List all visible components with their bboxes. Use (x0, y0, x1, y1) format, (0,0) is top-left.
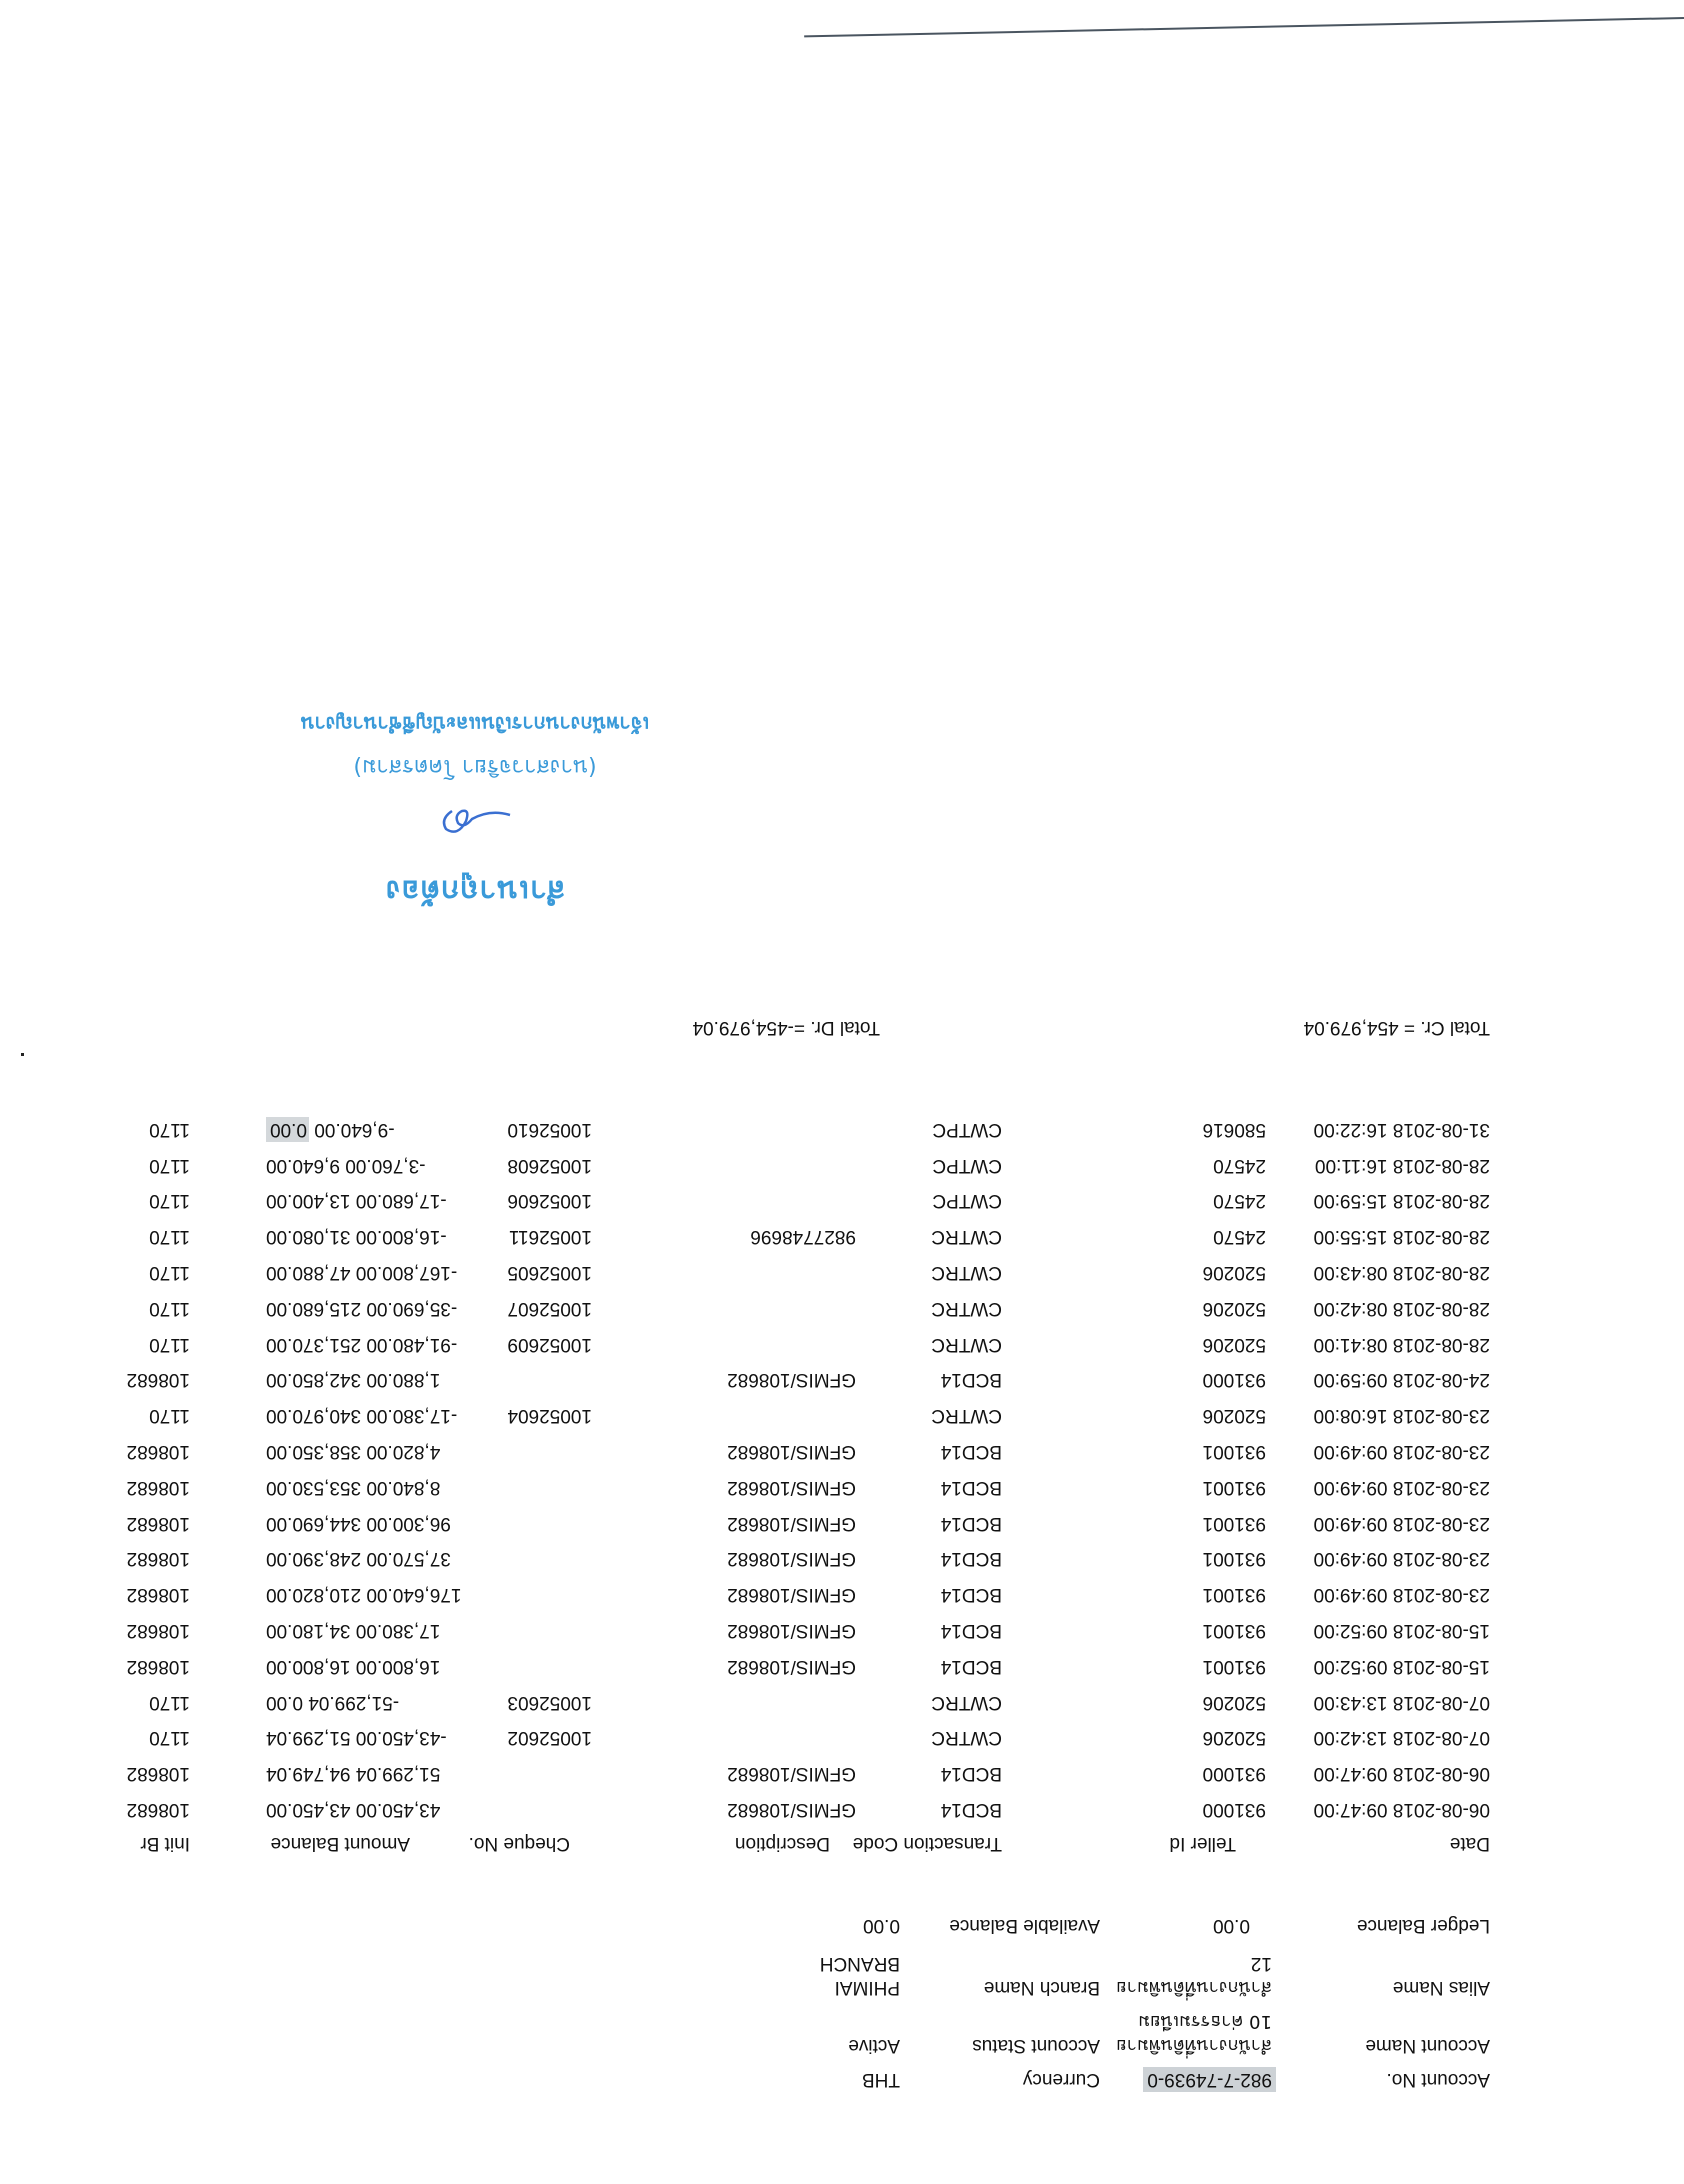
header-teller-id: Teller Id (1169, 1832, 1236, 1854)
account-status-label: Account Status (972, 2034, 1100, 2056)
cell-description: GFMIS/108682 (727, 1798, 856, 1820)
cell-cheque-no: 10052609 (507, 1333, 592, 1355)
cell-date: 06-08-2018 09:47:00 (1314, 1798, 1490, 1820)
cell-balance: 9,640.00 (266, 1155, 340, 1176)
cell-teller-id: 931001 (1203, 1655, 1266, 1677)
cell-balance: 248,390.00 (266, 1548, 361, 1569)
cell-balance: 16,800.00 (266, 1656, 351, 1677)
table-row: 28-08-2018 08:42:00520206CWTRC1005260711… (170, 1295, 1490, 1319)
cell-teller-id: 931000 (1203, 1762, 1266, 1784)
cell-balance: 210,820.00 (266, 1584, 361, 1605)
cell-transaction-code: BCD14 (941, 1512, 1002, 1534)
cell-balance: 358,350.00 (266, 1441, 361, 1462)
table-row: 06-08-2018 09:47:00931000BCD14GFMIS/1086… (170, 1760, 1490, 1784)
cell-description: GFMIS/108682 (727, 1547, 856, 1569)
cell-balance: 34,180.00 (266, 1620, 351, 1641)
cell-amount: 96,300.00 (366, 1513, 451, 1534)
cell-date: 23-08-2018 09:49:00 (1314, 1440, 1490, 1462)
cell-cheque-no: 10052602 (507, 1726, 592, 1748)
cell-amount: -51,299.04 (308, 1692, 399, 1713)
cell-balance: 43,450.00 (266, 1799, 351, 1820)
table-row: 23-08-2018 09:49:00931001BCD14GFMIS/1086… (170, 1510, 1490, 1534)
stamp-certified-text: สำเนาถูกต้อง (250, 867, 700, 914)
alias-name-value: สำนักงานที่ดินพิมาย (1116, 1976, 1272, 1998)
cell-amount: 1,880.00 (366, 1369, 440, 1390)
cell-amount-balance: 4,820.00 358,350.00 (266, 1440, 440, 1462)
account-name-label: Account Name (1365, 2034, 1490, 2056)
cell-date: 28-08-2018 15:55:00 (1314, 1225, 1490, 1247)
cell-teller-id: 520206 (1203, 1297, 1266, 1319)
cell-amount-balance: -9,640.00 0.00 (266, 1118, 395, 1140)
cell-init-br: 108682 (127, 1583, 190, 1605)
cell-cheque-no: 10052610 (507, 1118, 592, 1140)
cell-amount: 51,299.04 (356, 1763, 441, 1784)
cell-date: 23-08-2018 16:08:00 (1314, 1404, 1490, 1426)
cell-init-br: 108682 (127, 1619, 190, 1641)
cell-amount-balance: -167,800.00 47,880.00 (266, 1261, 457, 1283)
cell-teller-id: 24570 (1213, 1154, 1266, 1176)
cell-date: 15-08-2018 09:52:00 (1314, 1655, 1490, 1677)
cell-transaction-code: BCD14 (941, 1440, 1002, 1462)
cell-transaction-code: BCD14 (941, 1798, 1002, 1820)
cell-amount: -16,800.00 (356, 1226, 447, 1247)
cell-transaction-code: CWTRC (931, 1297, 1002, 1319)
cell-transaction-code: BCD14 (941, 1619, 1002, 1641)
cell-description: GFMIS/108682 (727, 1476, 856, 1498)
cell-amount-balance: -43,450.00 51,299.04 (266, 1726, 447, 1748)
cell-amount-balance: 8,840.00 353,530.00 (266, 1476, 440, 1498)
cell-description: GFMIS/108682 (727, 1619, 856, 1641)
cell-date: 28-08-2018 08:43:00 (1314, 1261, 1490, 1283)
cell-amount-balance: 43,450.00 43,450.00 (266, 1798, 440, 1820)
cell-teller-id: 931000 (1203, 1798, 1266, 1820)
cell-init-br: 1170 (149, 1225, 190, 1247)
cell-date: 31-08-2018 16:22:00 (1314, 1118, 1490, 1140)
cell-init-br: 1170 (149, 1297, 190, 1319)
cell-cheque-no: 10052607 (507, 1297, 592, 1319)
alias-name-label: Alias Name (1393, 1976, 1490, 1998)
cell-balance: 13,400.00 (266, 1190, 351, 1211)
cell-amount: 16,800.00 (356, 1656, 441, 1677)
table-row: 28-08-2018 15:55:0024570CWTRC98277486961… (170, 1223, 1490, 1247)
cell-balance: 251,370.00 (266, 1334, 361, 1355)
total-debit: Total Dr. =-454,979.04 (693, 1016, 881, 1038)
cell-init-br: 1170 (149, 1261, 190, 1283)
account-no-label: Account No. (1387, 2068, 1491, 2090)
table-row: 31-08-2018 16:22:00580616CWTPC1005261011… (170, 1116, 1490, 1140)
cell-amount-balance: 17,380.00 34,180.00 (266, 1619, 440, 1641)
cell-transaction-code: CWTPC (932, 1118, 1002, 1140)
cell-date: 07-08-2018 13:42:00 (1314, 1726, 1490, 1748)
cell-amount-balance: 16,800.00 16,800.00 (266, 1655, 440, 1677)
cell-balance: 215,680.00 (266, 1298, 361, 1319)
cell-amount: -43,450.00 (356, 1727, 447, 1748)
cell-teller-id: 931001 (1203, 1547, 1266, 1569)
cell-init-br: 108682 (127, 1476, 190, 1498)
cell-init-br: 1170 (149, 1726, 190, 1748)
cell-init-br: 1170 (149, 1404, 190, 1426)
table-row: 23-08-2018 16:08:00520206CWTRC1005260411… (170, 1402, 1490, 1426)
table-row: 24-08-2018 09:59:00931000BCD14GFMIS/1086… (170, 1366, 1490, 1390)
cell-teller-id: 520206 (1203, 1333, 1266, 1355)
cell-cheque-no: 10052611 (509, 1225, 592, 1247)
alias-name-value-line2: 12 (1251, 1952, 1272, 1974)
table-row: 07-08-2018 13:43:00520206CWTRC1005260311… (170, 1689, 1490, 1713)
cell-transaction-code: BCD14 (941, 1655, 1002, 1677)
table-row: 23-08-2018 09:49:00931001BCD14GFMIS/1086… (170, 1581, 1490, 1605)
table-row: 15-08-2018 09:52:00931001BCD14GFMIS/1086… (170, 1653, 1490, 1677)
cell-date: 23-08-2018 09:49:00 (1314, 1512, 1490, 1534)
cell-teller-id: 580616 (1203, 1118, 1266, 1140)
cell-date: 23-08-2018 09:49:00 (1314, 1476, 1490, 1498)
cell-date: 28-08-2018 16:11:00 (1315, 1154, 1490, 1176)
cell-transaction-code: CWTPC (932, 1154, 1002, 1176)
cell-init-br: 108682 (127, 1762, 190, 1784)
cell-transaction-code: CWTPC (932, 1189, 1002, 1211)
cell-amount-balance: -35,690.00 215,680.00 (266, 1297, 457, 1319)
cell-date: 28-08-2018 15:59:00 (1314, 1189, 1490, 1211)
cell-transaction-code: CWTRC (931, 1333, 1002, 1355)
certification-stamp: สำเนาถูกต้อง (นางสาวจริยา โคตรสาม) เจ้าพ… (250, 708, 700, 914)
cell-teller-id: 931001 (1203, 1512, 1266, 1534)
cell-transaction-code: CWTRC (931, 1691, 1002, 1713)
cell-amount-balance: 96,300.00 344,690.00 (266, 1512, 451, 1534)
header-init-br: Init Br (140, 1832, 190, 1854)
ledger-balance-label: Ledger Balance (1357, 1914, 1490, 1936)
cell-amount-balance: 1,880.00 342,850.00 (266, 1368, 440, 1390)
cell-init-br: 1170 (149, 1691, 190, 1713)
cell-amount: -17,380.00 (366, 1405, 457, 1426)
cell-date: 23-08-2018 09:49:00 (1314, 1583, 1490, 1605)
cell-init-br: 108682 (127, 1655, 190, 1677)
cell-teller-id: 520206 (1203, 1726, 1266, 1748)
cell-transaction-code: CWTRC (931, 1261, 1002, 1283)
available-balance-label: Available Balance (949, 1914, 1100, 1936)
cell-transaction-code: BCD14 (941, 1476, 1002, 1498)
cell-date: 15-08-2018 09:52:00 (1314, 1619, 1490, 1641)
table-row: 23-08-2018 09:49:00931001BCD14GFMIS/1086… (170, 1438, 1490, 1462)
cell-amount: 8,840.00 (366, 1477, 440, 1498)
cell-init-br: 1170 (149, 1154, 190, 1176)
branch-name-label: Branch Name (984, 1976, 1100, 1998)
cell-amount: 176,640.00 (366, 1584, 461, 1605)
stamp-position: เจ้าพนักงานการเงินและบัญชีชำนาญงาน (250, 708, 700, 740)
cell-teller-id: 24570 (1213, 1225, 1266, 1247)
cell-description: 9827748696 (750, 1225, 856, 1247)
cell-cheque-no: 10052605 (507, 1261, 592, 1283)
cell-description: GFMIS/108682 (727, 1368, 856, 1390)
table-row: 28-08-2018 08:41:00520206CWTRC1005260911… (170, 1331, 1490, 1355)
table-row: 15-08-2018 09:52:00931001BCD14GFMIS/1086… (170, 1617, 1490, 1641)
cell-amount: -9,640.00 (314, 1119, 394, 1140)
account-no-highlight: 982-7-74939-0 (1143, 2067, 1276, 2092)
cell-amount: 17,380.00 (356, 1620, 441, 1641)
cell-teller-id: 520206 (1203, 1261, 1266, 1283)
cell-amount: 4,820.00 (366, 1441, 440, 1462)
available-balance-value: 0.00 (863, 1914, 900, 1936)
cell-amount-balance: 51,299.04 94,749.04 (266, 1762, 440, 1784)
cell-date: 28-08-2018 08:41:00 (1314, 1333, 1490, 1355)
transactions-table-header: Date Teller Id Transaction Code Descript… (170, 1830, 1490, 1854)
cell-description: GFMIS/108682 (727, 1583, 856, 1605)
cell-transaction-code: CWTRC (931, 1404, 1002, 1426)
table-row: 23-08-2018 09:49:00931001BCD14GFMIS/1086… (170, 1545, 1490, 1569)
cell-amount: -91,480.00 (366, 1334, 457, 1355)
cell-balance: 344,690.00 (266, 1513, 361, 1534)
header-transaction-code: Transaction Code (853, 1832, 1002, 1854)
header-amount-balance: Amount Balance (271, 1832, 410, 1854)
scan-speck (21, 1053, 24, 1056)
cell-date: 24-08-2018 09:59:00 (1314, 1368, 1490, 1390)
cell-transaction-code: BCD14 (941, 1583, 1002, 1605)
cell-amount-balance: -91,480.00 251,370.00 (266, 1333, 457, 1355)
cell-teller-id: 520206 (1203, 1691, 1266, 1713)
cell-teller-id: 520206 (1203, 1404, 1266, 1426)
cell-cheque-no: 10052608 (507, 1154, 592, 1176)
table-row: 28-08-2018 16:11:0024570CWTPC10052608117… (170, 1152, 1490, 1176)
currency-label: Currency (1023, 2068, 1100, 2090)
cell-balance: 0.00 (266, 1117, 309, 1142)
cell-amount: -3,760.00 (345, 1155, 425, 1176)
cell-balance: 51,299.04 (266, 1727, 351, 1748)
cell-amount: -167,800.00 (356, 1262, 457, 1283)
header-date: Date (1450, 1832, 1490, 1854)
table-row: 28-08-2018 15:59:0024570CWTPC10052606117… (170, 1187, 1490, 1211)
cell-balance: 340,970.00 (266, 1405, 361, 1426)
cell-teller-id: 931000 (1203, 1368, 1266, 1390)
branch-name-value: PHIMAI (835, 1976, 900, 1998)
stamp-name: (นางสาวจริยา โคตรสาม) (250, 750, 700, 785)
cell-description: GFMIS/108682 (727, 1440, 856, 1462)
total-credit: Total Cr. = 454,979.04 (1304, 1016, 1490, 1038)
cell-cheque-no: 10052603 (507, 1691, 592, 1713)
cell-teller-id: 24570 (1213, 1189, 1266, 1211)
account-name-value: สำนักงานที่ดินพิมาย (1116, 2034, 1272, 2056)
cell-init-br: 108682 (127, 1368, 190, 1390)
cell-description: GFMIS/108682 (727, 1762, 856, 1784)
table-row: 07-08-2018 13:42:00520206CWTRC1005260211… (170, 1724, 1490, 1748)
cell-balance: 0.00 (266, 1692, 303, 1713)
signature-icon (430, 799, 520, 849)
cell-balance: 47,880.00 (266, 1262, 351, 1283)
cell-amount: 43,450.00 (356, 1799, 441, 1820)
scan-edge-line (804, 17, 1684, 37)
ledger-balance-value: 0.00 (1213, 1914, 1250, 1936)
cell-balance: 353,530.00 (266, 1477, 361, 1498)
table-row: 23-08-2018 09:49:00931001BCD14GFMIS/1086… (170, 1474, 1490, 1498)
cell-init-br: 1170 (149, 1189, 190, 1211)
account-name-value-line2: 10 ค่าธรรมเนียม (1138, 2010, 1272, 2032)
cell-date: 23-08-2018 09:49:00 (1314, 1547, 1490, 1569)
cell-balance: 342,850.00 (266, 1369, 361, 1390)
cell-balance: 31,080.00 (266, 1226, 351, 1247)
currency-value: THB (862, 2068, 900, 2090)
cell-cheque-no: 10052606 (507, 1189, 592, 1211)
cell-init-br: 108682 (127, 1440, 190, 1462)
cell-teller-id: 931001 (1203, 1476, 1266, 1498)
cell-amount-balance: -51,299.04 0.00 (266, 1691, 399, 1713)
header-description: Description (735, 1832, 830, 1854)
cell-transaction-code: CWTRC (931, 1225, 1002, 1247)
cell-amount-balance: -16,800.00 31,080.00 (266, 1225, 447, 1247)
cell-description: GFMIS/108682 (727, 1512, 856, 1534)
cell-amount-balance: -3,760.00 9,640.00 (266, 1154, 426, 1176)
cell-init-br: 108682 (127, 1798, 190, 1820)
cell-amount: -35,690.00 (366, 1298, 457, 1319)
cell-amount-balance: -17,380.00 340,970.00 (266, 1404, 457, 1426)
cell-teller-id: 931001 (1203, 1583, 1266, 1605)
cell-cheque-no: 10052604 (507, 1404, 592, 1426)
header-cheque-no: Cheque No. (469, 1832, 570, 1854)
table-row: 28-08-2018 08:43:00520206CWTRC1005260511… (170, 1259, 1490, 1283)
branch-name-value-line2: BRANCH (820, 1952, 900, 1974)
cell-init-br: 1170 (149, 1118, 190, 1140)
table-row: 06-08-2018 09:47:00931000BCD14GFMIS/1086… (170, 1796, 1490, 1820)
account-no-value: 982-7-74939-0 (1143, 2068, 1272, 2090)
cell-transaction-code: BCD14 (941, 1368, 1002, 1390)
cell-transaction-code: CWTRC (931, 1726, 1002, 1748)
cell-teller-id: 931001 (1203, 1619, 1266, 1641)
cell-date: 07-08-2018 13:43:00 (1314, 1691, 1490, 1713)
cell-amount-balance: 176,640.00 210,820.00 (266, 1583, 461, 1605)
account-status-value: Active (848, 2034, 900, 2056)
cell-init-br: 108682 (127, 1512, 190, 1534)
cell-description: GFMIS/108682 (727, 1655, 856, 1677)
cell-date: 28-08-2018 08:42:00 (1314, 1297, 1490, 1319)
cell-init-br: 1170 (149, 1333, 190, 1355)
cell-date: 06-08-2018 09:47:00 (1314, 1762, 1490, 1784)
bank-statement-page: Account No. 982-7-74939-0 Currency THB A… (0, 0, 1684, 2184)
cell-teller-id: 931001 (1203, 1440, 1266, 1462)
cell-balance: 94,749.04 (266, 1763, 351, 1784)
cell-amount: 37,570.00 (366, 1548, 451, 1569)
cell-transaction-code: BCD14 (941, 1547, 1002, 1569)
cell-amount: -17,680.00 (356, 1190, 447, 1211)
cell-transaction-code: BCD14 (941, 1762, 1002, 1784)
cell-amount-balance: 37,570.00 248,390.00 (266, 1547, 451, 1569)
cell-init-br: 108682 (127, 1547, 190, 1569)
cell-amount-balance: -17,680.00 13,400.00 (266, 1189, 447, 1211)
